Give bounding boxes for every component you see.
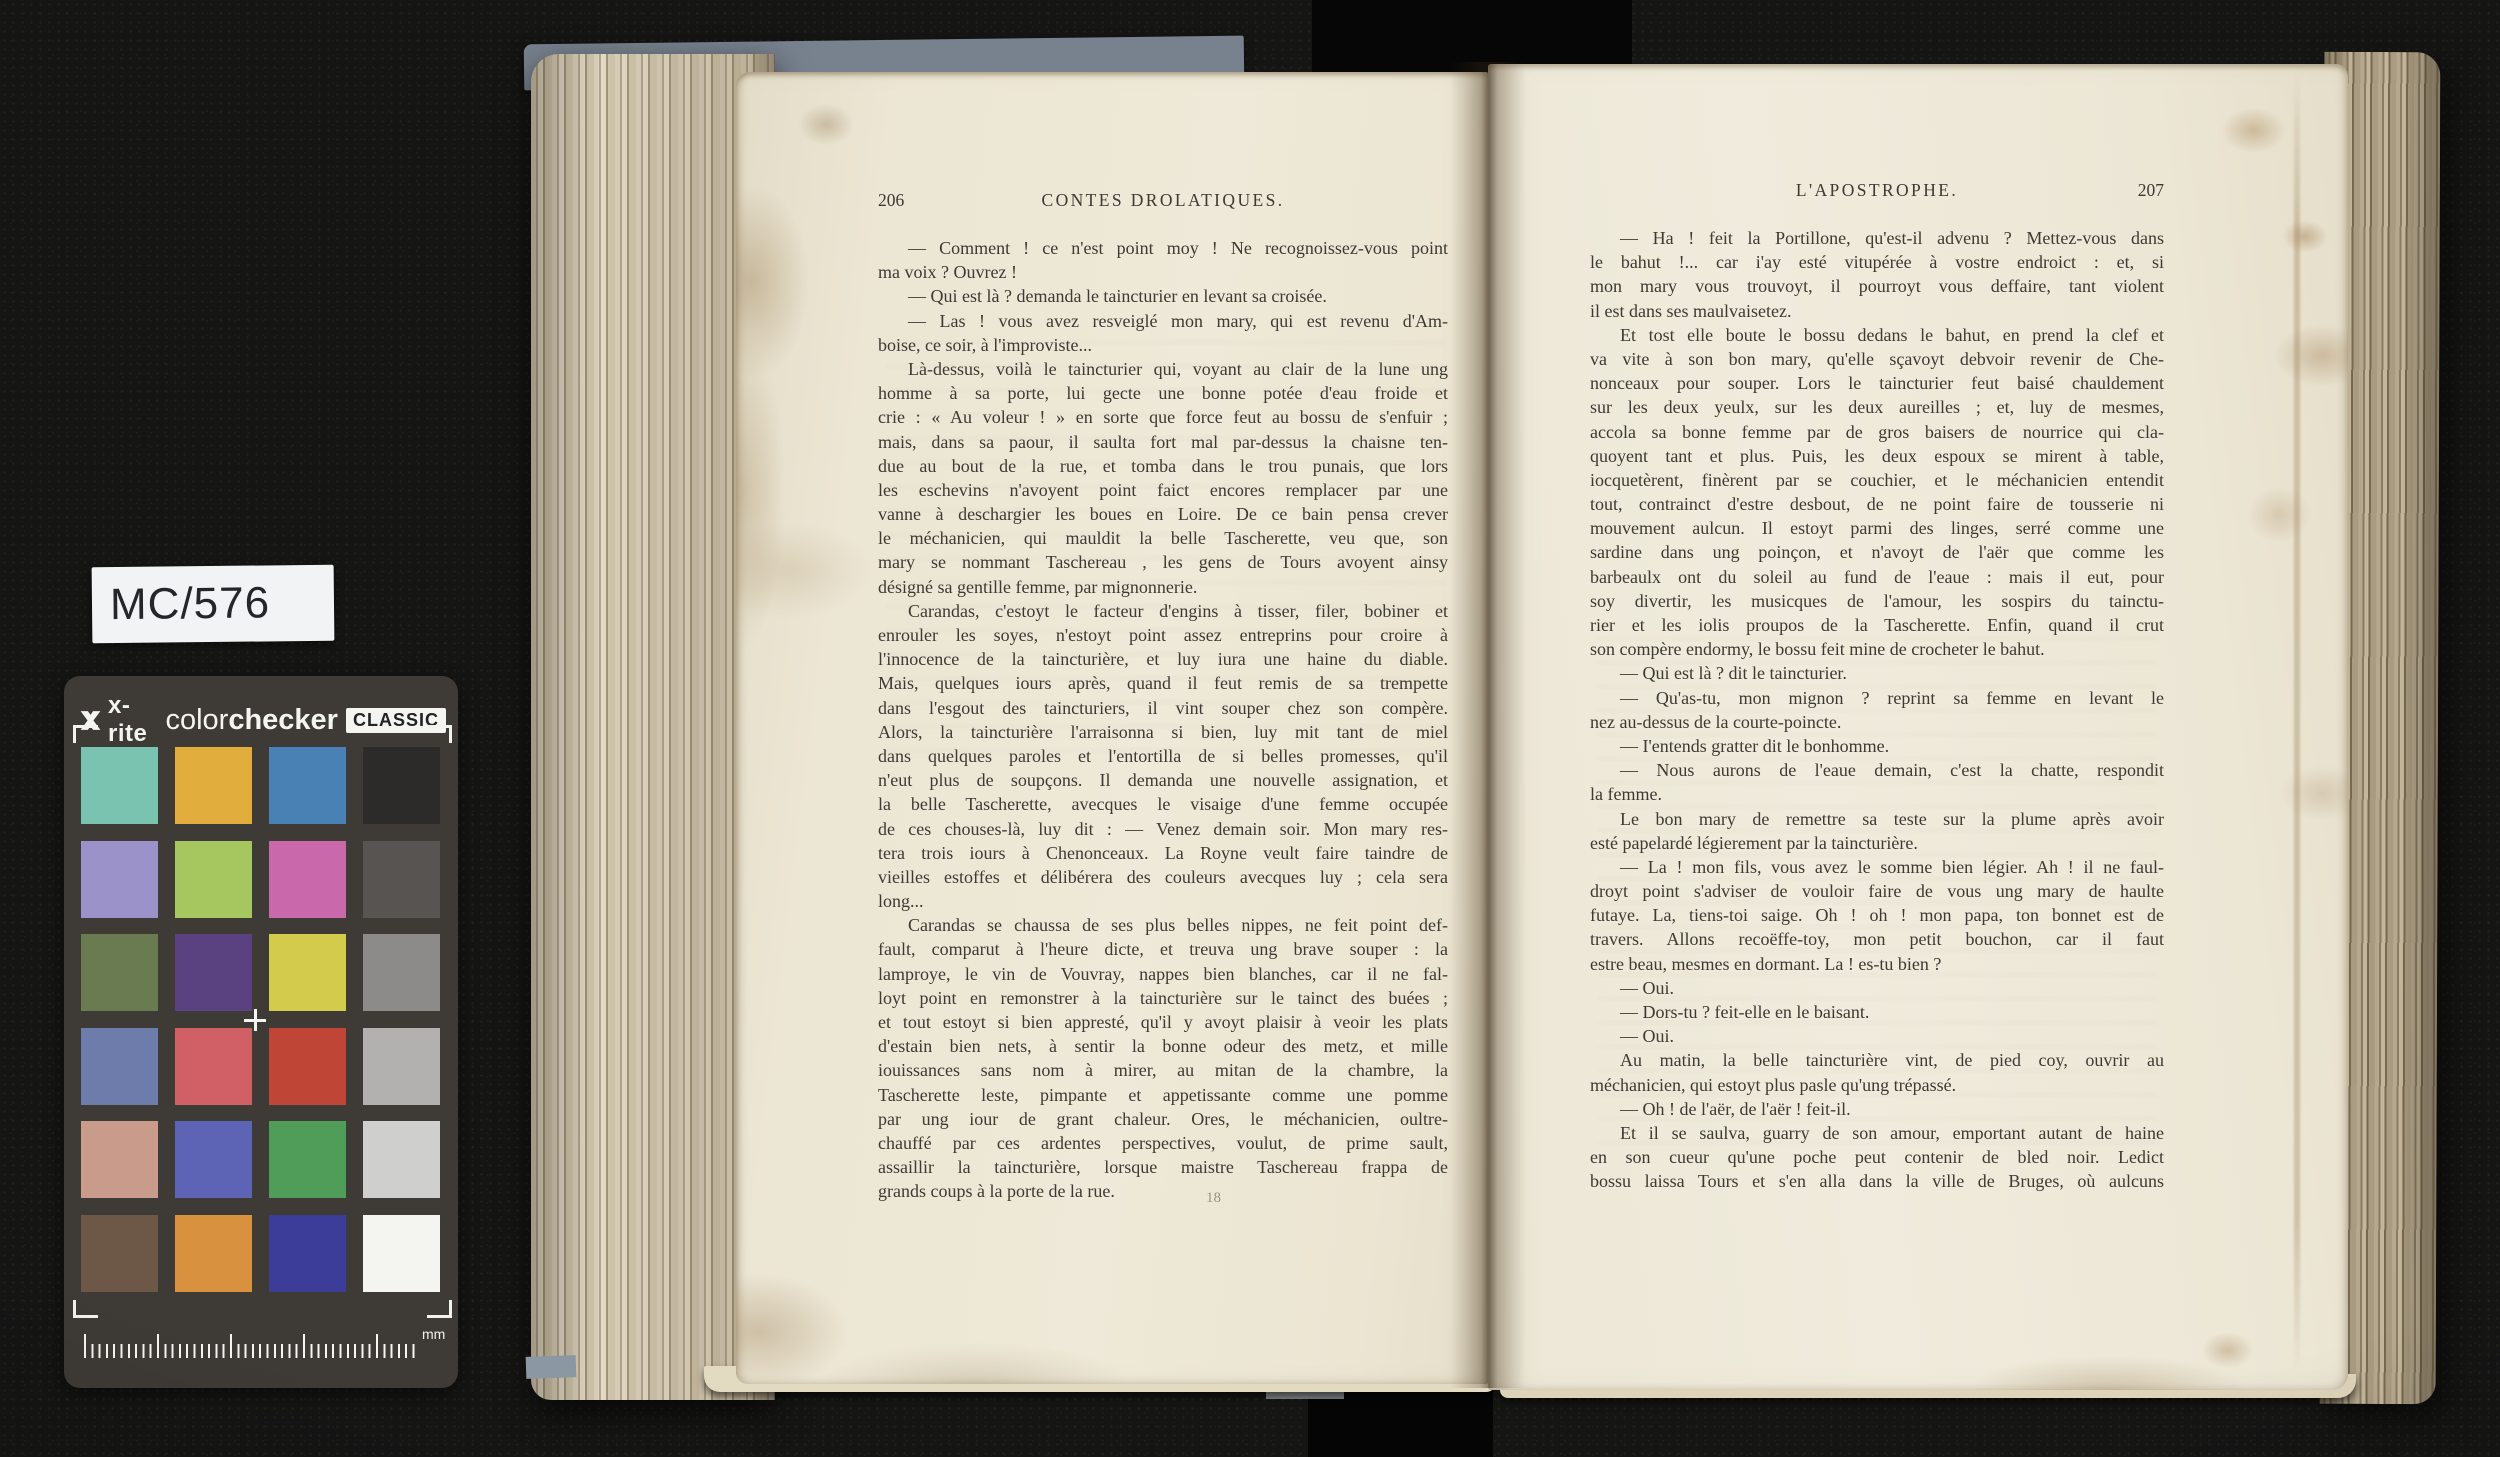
text-line: — Oui. [1590,1024,2164,1048]
text-line: désigné sa gentille femme, par mignonner… [878,575,1448,599]
text-line: bossu laissa Tours et s'en alla dans la … [1590,1169,2164,1193]
color-patch [363,934,440,1011]
text-line: — Oui. [1590,976,2164,1000]
color-patch [363,1215,440,1292]
text-line: Tascherette leste, pimpante et appetissa… [878,1083,1448,1107]
text-line: iouissances sans nom à mirer, au mitan d… [878,1058,1448,1082]
text-line: loyt point en remonstrer à la taincturiè… [878,986,1448,1010]
text-line: long... [878,889,1448,913]
text-line: crie : « Au voleur ! » en sorte que forc… [878,405,1448,429]
text-line: n'eut plus de soupçons. Il demanda une n… [878,768,1448,792]
text-line: Carandas se chaussa de ses plus belles n… [878,913,1448,937]
text-line: grands coups à la porte de la rue. [878,1179,1448,1203]
color-patch [175,1028,252,1105]
colorchecker-header: x-rite colorchecker CLASSIC [78,692,446,748]
color-patch [363,1028,440,1105]
text-line: enrouler les soyes, n'estoyt point assez… [878,623,1448,647]
body-text: — Comment ! ce n'est point moy ! Ne reco… [878,236,1448,1204]
text-line: par ung iour de grant chaleur. Ores, le … [878,1107,1448,1131]
text-line: soy divertir, les musicques de l'amour, … [1590,589,2164,613]
text-line: les eschevins n'avoyent point faict enco… [878,478,1448,502]
text-line: boise, ce soir, à l'improviste... [878,333,1448,357]
product-name: colorchecker [165,704,338,737]
text-line: mouvement aulcun. Il estoyt parmi des li… [1590,516,2164,540]
text-line: — Dors-tu ? feit-elle en le baisant. [1590,1000,2164,1024]
text-line: travers. Allons recoëffe-toy, mon petit … [1590,927,2164,951]
text-line: de ces chouses-là, luy dit : — Venez dem… [878,817,1448,841]
text-line: nonceaux pour souper. Lors le taincturie… [1590,371,2164,395]
color-patch [363,1121,440,1198]
color-patch [175,841,252,918]
page-number: 206 [878,190,948,211]
text-line: — Qu'as-tu, mon mignon ? reprint sa femm… [1590,686,2164,710]
text-line: en son cueur qu'une poche peut contenir … [1590,1145,2164,1169]
text-line: — Las ! vous avez resveiglé mon mary, qu… [878,309,1448,333]
water-stain-line [2294,72,2300,1372]
text-line: mon mary vous trouvoyt, il pourroyt vous… [1590,274,2164,298]
color-patch [81,1215,158,1292]
text-line: dans l'esgout des taincturiers, il vint … [878,696,1448,720]
text-line: — La ! mon fils, vous avez le somme bien… [1590,855,2164,879]
text-line: son compère endormy, le bossu feit mine … [1590,637,2164,661]
page-number: 207 [2094,180,2164,201]
text-line: assaillir la taincturière, lorsque maist… [878,1155,1448,1179]
ruler-unit-label: mm [422,1326,445,1342]
book-cover-board-corner [526,1355,577,1379]
signature-mark: 18 [1206,1190,1221,1207]
text-line: il est dans ses maulvaisetez. [1590,299,2164,323]
text-line: futaye. La, tiens-toi saige. Oh ! oh ! m… [1590,903,2164,927]
color-patch [363,747,440,824]
text-line: barbeaulx ont du soleil au fund de l'eau… [1590,565,2164,589]
text-line: fault, comparut à l'heure dicte, et treu… [878,937,1448,961]
crop-mark-bottom-left [73,1300,98,1318]
millimeter-ruler [84,1332,420,1358]
color-patch-grid [81,747,440,1292]
color-patch [269,841,346,918]
text-line: — Ha ! feit la Portillone, qu'est-il adv… [1590,226,2164,250]
text-line: Le bon mary de remettre sa teste sur la … [1590,807,2164,831]
text-line: l'innocence de la taincturière, et luy i… [878,647,1448,671]
text-line: rier et les iolis proupos de la Taschere… [1590,613,2164,637]
text-line: mary se nommant Taschereau , les gens de… [878,550,1448,574]
text-line: Là-dessus, voilà le taincturier qui, voy… [878,357,1448,381]
text-line: Et il se saulva, guarry de son amour, em… [1590,1121,2164,1145]
text-line: — Oh ! de l'aër, de l'aër ! feit-il. [1590,1097,2164,1121]
text-line: sardine dans ung poinçon, et n'avoyt de … [1590,540,2164,564]
text-line: lamproye, le vin de Vouvray, nappes bien… [878,962,1448,986]
text-line: d'estain bien nets, à sentir la bonne od… [878,1034,1448,1058]
text-line: nez au-dessus de la courte-poincte. [1590,710,2164,734]
brand-name: x-rite [108,692,165,748]
color-patch [363,841,440,918]
color-patch [269,1215,346,1292]
crop-mark-top-right [427,725,452,743]
color-patch [81,1121,158,1198]
text-line: méchanicien, qui estoyt plus pasle qu'un… [1590,1073,2164,1097]
crop-mark-top-left [73,725,98,743]
text-line: — I'entends gratter dit le bonhomme. [1590,734,2164,758]
text-line: estre beau, mesmes en dormant. La ! es-t… [1590,952,2164,976]
text-line: le méchanicien, qui mauldit la belle Tas… [878,526,1448,550]
book-page-right: L'APOSTROPHE. 207 — Ha ! feit la Portill… [1488,64,2348,1390]
running-title: L'APOSTROPHE. [1660,180,2094,201]
photograph-background: 206 CONTES DROLATIQUES. — Comment ! ce n… [0,0,2500,1457]
running-title: CONTES DROLATIQUES. [948,190,1378,211]
colorchecker-card: x-rite colorchecker CLASSIC mm [64,676,458,1388]
text-line: droyt point s'adviser de vouloir faire d… [1590,879,2164,903]
book-page-left: 206 CONTES DROLATIQUES. — Comment ! ce n… [736,72,1488,1384]
crop-mark-bottom-right [427,1300,452,1318]
text-line: le bahut !... car i'ay esté vitupérée à … [1590,250,2164,274]
text-line: va vite à son bon mary, qu'elle sçavoyt … [1590,347,2164,371]
text-line: et tout estoyt si bien appresté, qu'il y… [878,1010,1448,1034]
text-line: Au matin, la belle taincturière vint, de… [1590,1048,2164,1072]
color-patch [175,1215,252,1292]
color-patch [81,934,158,1011]
text-line: iocquetèrent, finèrent par se couchier, … [1590,468,2164,492]
text-line: esté papelardé légierement par la tainct… [1590,831,2164,855]
text-line: ma voix ? Ouvrez ! [878,260,1448,284]
color-patch [175,1121,252,1198]
color-patch [269,934,346,1011]
color-patch [269,1121,346,1198]
text-line: homme à sa porte, lui gecte une bonne po… [878,381,1448,405]
page-text-block: L'APOSTROPHE. 207 — Ha ! feit la Portill… [1590,180,2164,1194]
text-line: due au bout de la rue, et tomba dans le … [878,454,1448,478]
text-line: vieilles estoffes et délibérera des coul… [878,865,1448,889]
text-line: sur les deux yeulx, sur les deux aureill… [1590,395,2164,419]
color-patch [175,747,252,824]
reference-label-text: MC/576 [110,578,271,630]
text-line: — Qui est là ? dit le taincturier. [1590,661,2164,685]
reference-label: MC/576 [92,565,335,644]
text-line: vanne à deschargier les boues en Loire. … [878,502,1448,526]
text-line: quoyent tant et plus. Puis, les deux esp… [1590,444,2164,468]
product-name-light: color [165,704,228,736]
text-line: — Qui est là ? demanda le taincturier en… [878,284,1448,308]
text-line: tera trois iours à Chenonceaux. La Royne… [878,841,1448,865]
text-line: mais, dans sa paour, il saulta fort mal … [878,430,1448,454]
color-patch [81,747,158,824]
text-line: Carandas, c'estoyt le facteur d'engins à… [878,599,1448,623]
text-line: la femme. [1590,782,2164,806]
text-line: dans quelques paroles et l'entortilla de… [878,744,1448,768]
color-patch [81,1028,158,1105]
text-line: — Comment ! ce n'est point moy ! Ne reco… [878,236,1448,260]
body-text: — Ha ! feit la Portillone, qu'est-il adv… [1590,226,2164,1194]
color-patch [269,1028,346,1105]
page-header: 206 CONTES DROLATIQUES. [878,190,1448,216]
page-header: L'APOSTROPHE. 207 [1590,180,2164,206]
text-line: chauffé par ces ardentes perspectives, v… [878,1131,1448,1155]
color-patch [175,934,252,1011]
product-name-bold: checker [228,704,338,736]
text-line: Alors, la taincturière l'arraisonna si b… [878,720,1448,744]
page-text-block: 206 CONTES DROLATIQUES. — Comment ! ce n… [878,190,1448,1204]
text-line: Mais, quelques iours après, quand il feu… [878,671,1448,695]
text-line: la belle Tascherette, avecques le visaig… [878,792,1448,816]
color-patch [81,841,158,918]
text-line: accola sa bonne femme par de gros baiser… [1590,420,2164,444]
text-line: Et tost elle boute le bossu dedans le ba… [1590,323,2164,347]
color-patch [269,747,346,824]
text-line: — Nous aurons de l'eaue demain, c'est la… [1590,758,2164,782]
text-line: tout, contrainct d'estre desbout, de ne … [1590,492,2164,516]
